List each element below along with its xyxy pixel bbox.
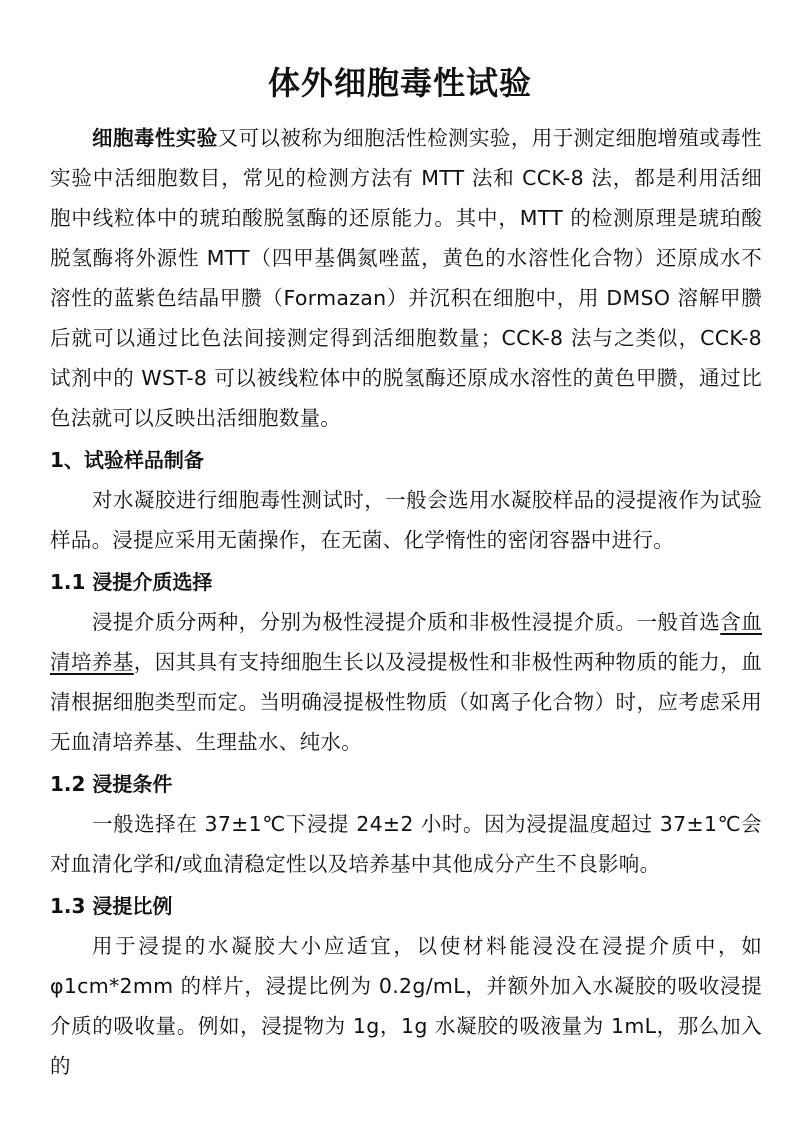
intro-text: 又可以被称为细胞活性检测实验，用于测定细胞增殖或毒性实验中活细胞数目，常见的检测…	[50, 126, 762, 430]
section-paragraph-1-1: 浸提介质分两种，分别为极性浸提介质和非极性浸提介质。一般首选含血清培养基，因其具…	[50, 602, 762, 762]
intro-bold-term: 细胞毒性实验	[92, 126, 218, 150]
document-body: 细胞毒性实验又可以被称为细胞活性检测实验，用于测定细胞增殖或毒性实验中活细胞数目…	[50, 118, 762, 1086]
section-heading-1: 1、试验样品制备	[50, 440, 762, 480]
section-heading-1-2: 1.2 浸提条件	[50, 764, 762, 804]
paragraph-text-before: 浸提介质分两种，分别为极性浸提介质和非极性浸提介质。一般首选	[92, 610, 720, 634]
intro-paragraph: 细胞毒性实验又可以被称为细胞活性检测实验，用于测定细胞增殖或毒性实验中活细胞数目…	[50, 118, 762, 438]
section-heading-1-3: 1.3 浸提比例	[50, 886, 762, 926]
paragraph-text-after: ，因其具有支持细胞生长以及浸提极性和非极性两种物质的能力，血清根据细胞类型而定。…	[50, 650, 762, 754]
section-paragraph-1-3: 用于浸提的水凝胶大小应适宜，以使材料能浸没在浸提介质中，如φ1cm*2mm 的样…	[50, 926, 762, 1086]
page-title: 体外细胞毒性试验	[0, 58, 800, 104]
section-paragraph-1: 对水凝胶进行细胞毒性测试时，一般会选用水凝胶样品的浸提液作为试验样品。浸提应采用…	[50, 480, 762, 560]
section-heading-1-1: 1.1 浸提介质选择	[50, 562, 762, 602]
section-paragraph-1-2: 一般选择在 37±1℃下浸提 24±2 小时。因为浸提温度超过 37±1℃会对血…	[50, 804, 762, 884]
